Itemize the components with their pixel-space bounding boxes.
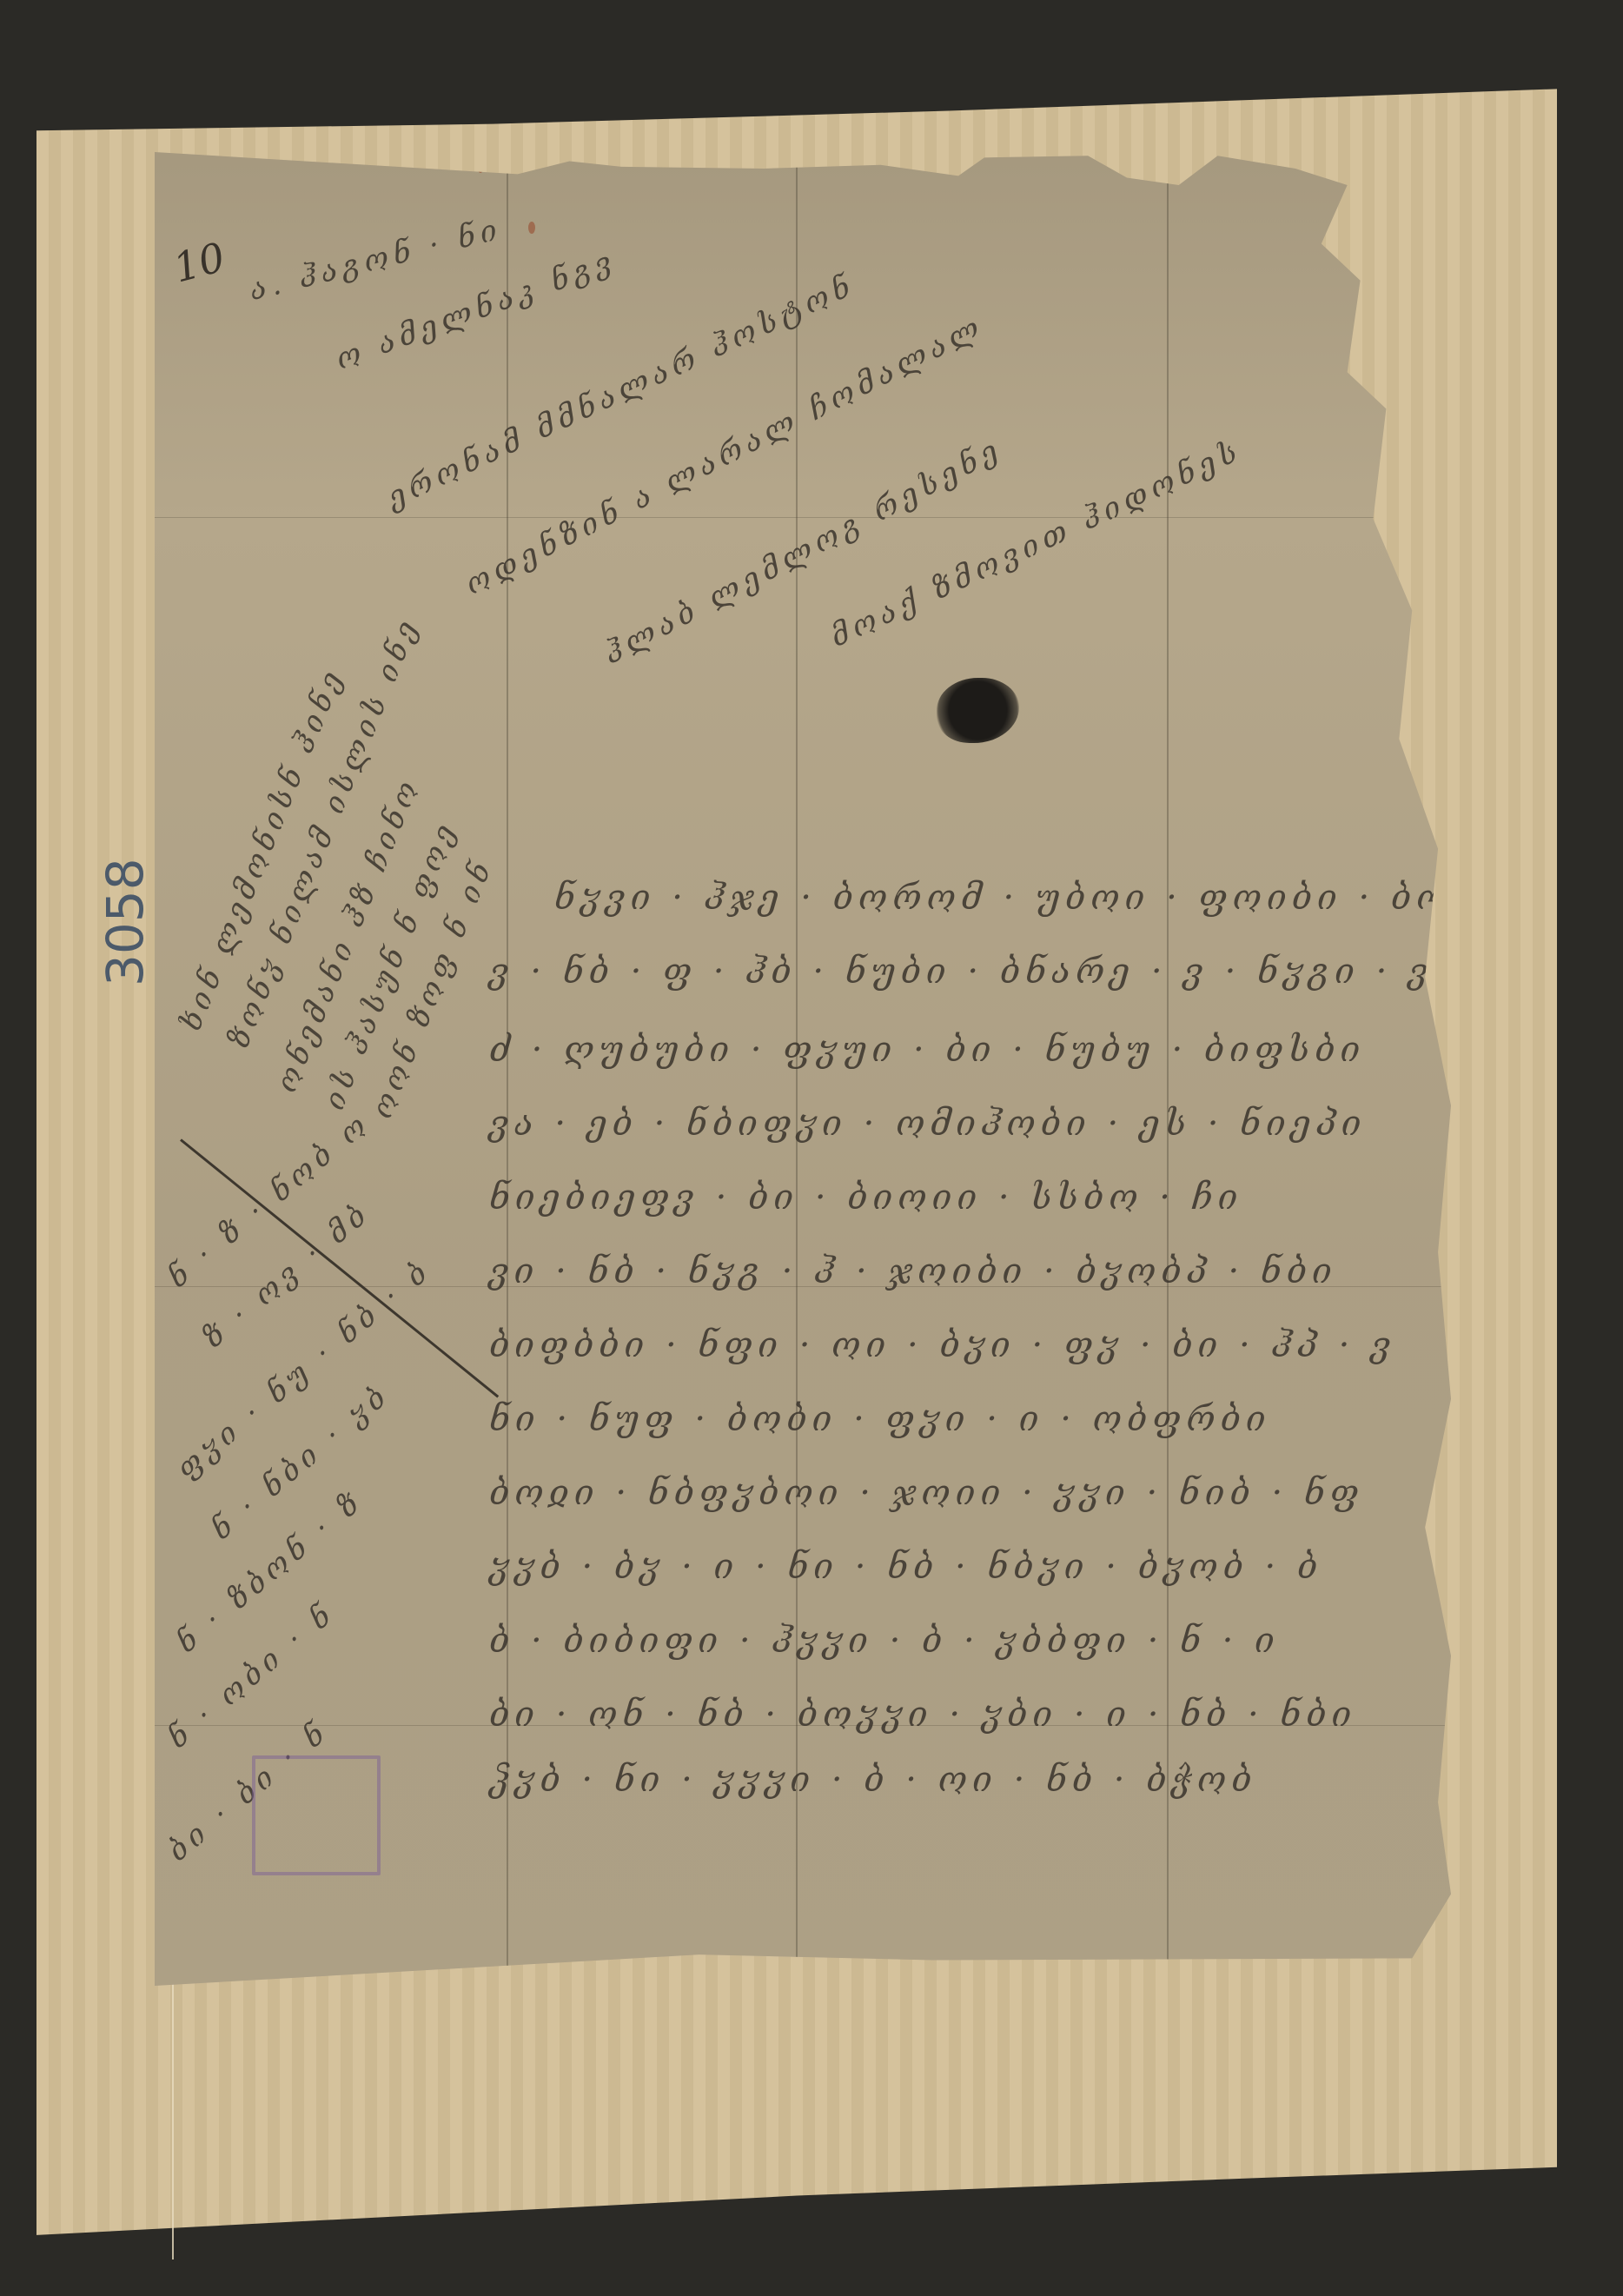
body-line: ვი · ნბ · ნჳგ · ჰ · ჯოიბი · ბჳობპ · ნბი bbox=[489, 1251, 1337, 1291]
header-line: მოაქ ზმოვით ჰიდონეს bbox=[825, 433, 1248, 654]
body-line: ნიებიეფვ · ბი · ბიოიი · სსბო · ჩი bbox=[489, 1178, 1242, 1218]
body-line: ჳჳბ · ბჳ · ი · ნი · ნბ · ნბჳი · ბჳობ · ბ bbox=[489, 1547, 1322, 1587]
manuscript-sheet: 10 ა. ჰაგონ · ნი ო ამელნაკ ნგვ ერონამ მმ… bbox=[155, 152, 1451, 1986]
body-line: ბიფბბი · ნფი · ოი · ბჳი · ფჳ · ბი · ჰპ ·… bbox=[489, 1325, 1396, 1365]
body-line: ნი · ნუფ · ბობი · ფჳი · ი · ობფრბი bbox=[489, 1399, 1271, 1439]
body-line: ბი · ონ · ნბ · ბოჳჳი · ჳბი · ი · ნბ · ნბ… bbox=[489, 1695, 1356, 1735]
body-line: ნჳვი · ჰჯე · ბორომ · უბოი · ფოიბი · ბოვი bbox=[554, 878, 1500, 918]
folio-mark: 10 bbox=[169, 233, 230, 291]
header-line: ა. ჰაგონ · ნი bbox=[246, 212, 506, 309]
ink-blot bbox=[937, 678, 1019, 743]
archive-stamp bbox=[252, 1755, 381, 1875]
fold-line bbox=[155, 517, 1451, 518]
header-line: ჰლაბ ლემლოგ რესენე bbox=[599, 431, 1009, 671]
body-line: ძ · ღუბუბი · ფჳუი · ბი · ნუბუ · ბიფსბი bbox=[489, 1030, 1365, 1070]
body-line: ბოჲი · ნბფჳბოი · ჯოიი · ჳჳი · ნიბ · ნფ bbox=[489, 1473, 1364, 1513]
rust-stain bbox=[528, 222, 535, 234]
body-line: ვა · ებ · ნბიფჳი · ომიჰობი · ეს · ნიეპი bbox=[489, 1104, 1367, 1144]
margin-line: ნ · ნბი · ჳბ bbox=[204, 1377, 397, 1547]
archive-number: 3058 bbox=[96, 858, 155, 986]
body-line: ბ · ბიბიფი · ჰჳჳი · ბ · ჳბბფი · ნ · ი bbox=[489, 1621, 1280, 1661]
body-line: ჴჳბ · ნი · ჳჳჳი · ბ · ოი · ნბ · ბჭობ bbox=[489, 1760, 1257, 1800]
